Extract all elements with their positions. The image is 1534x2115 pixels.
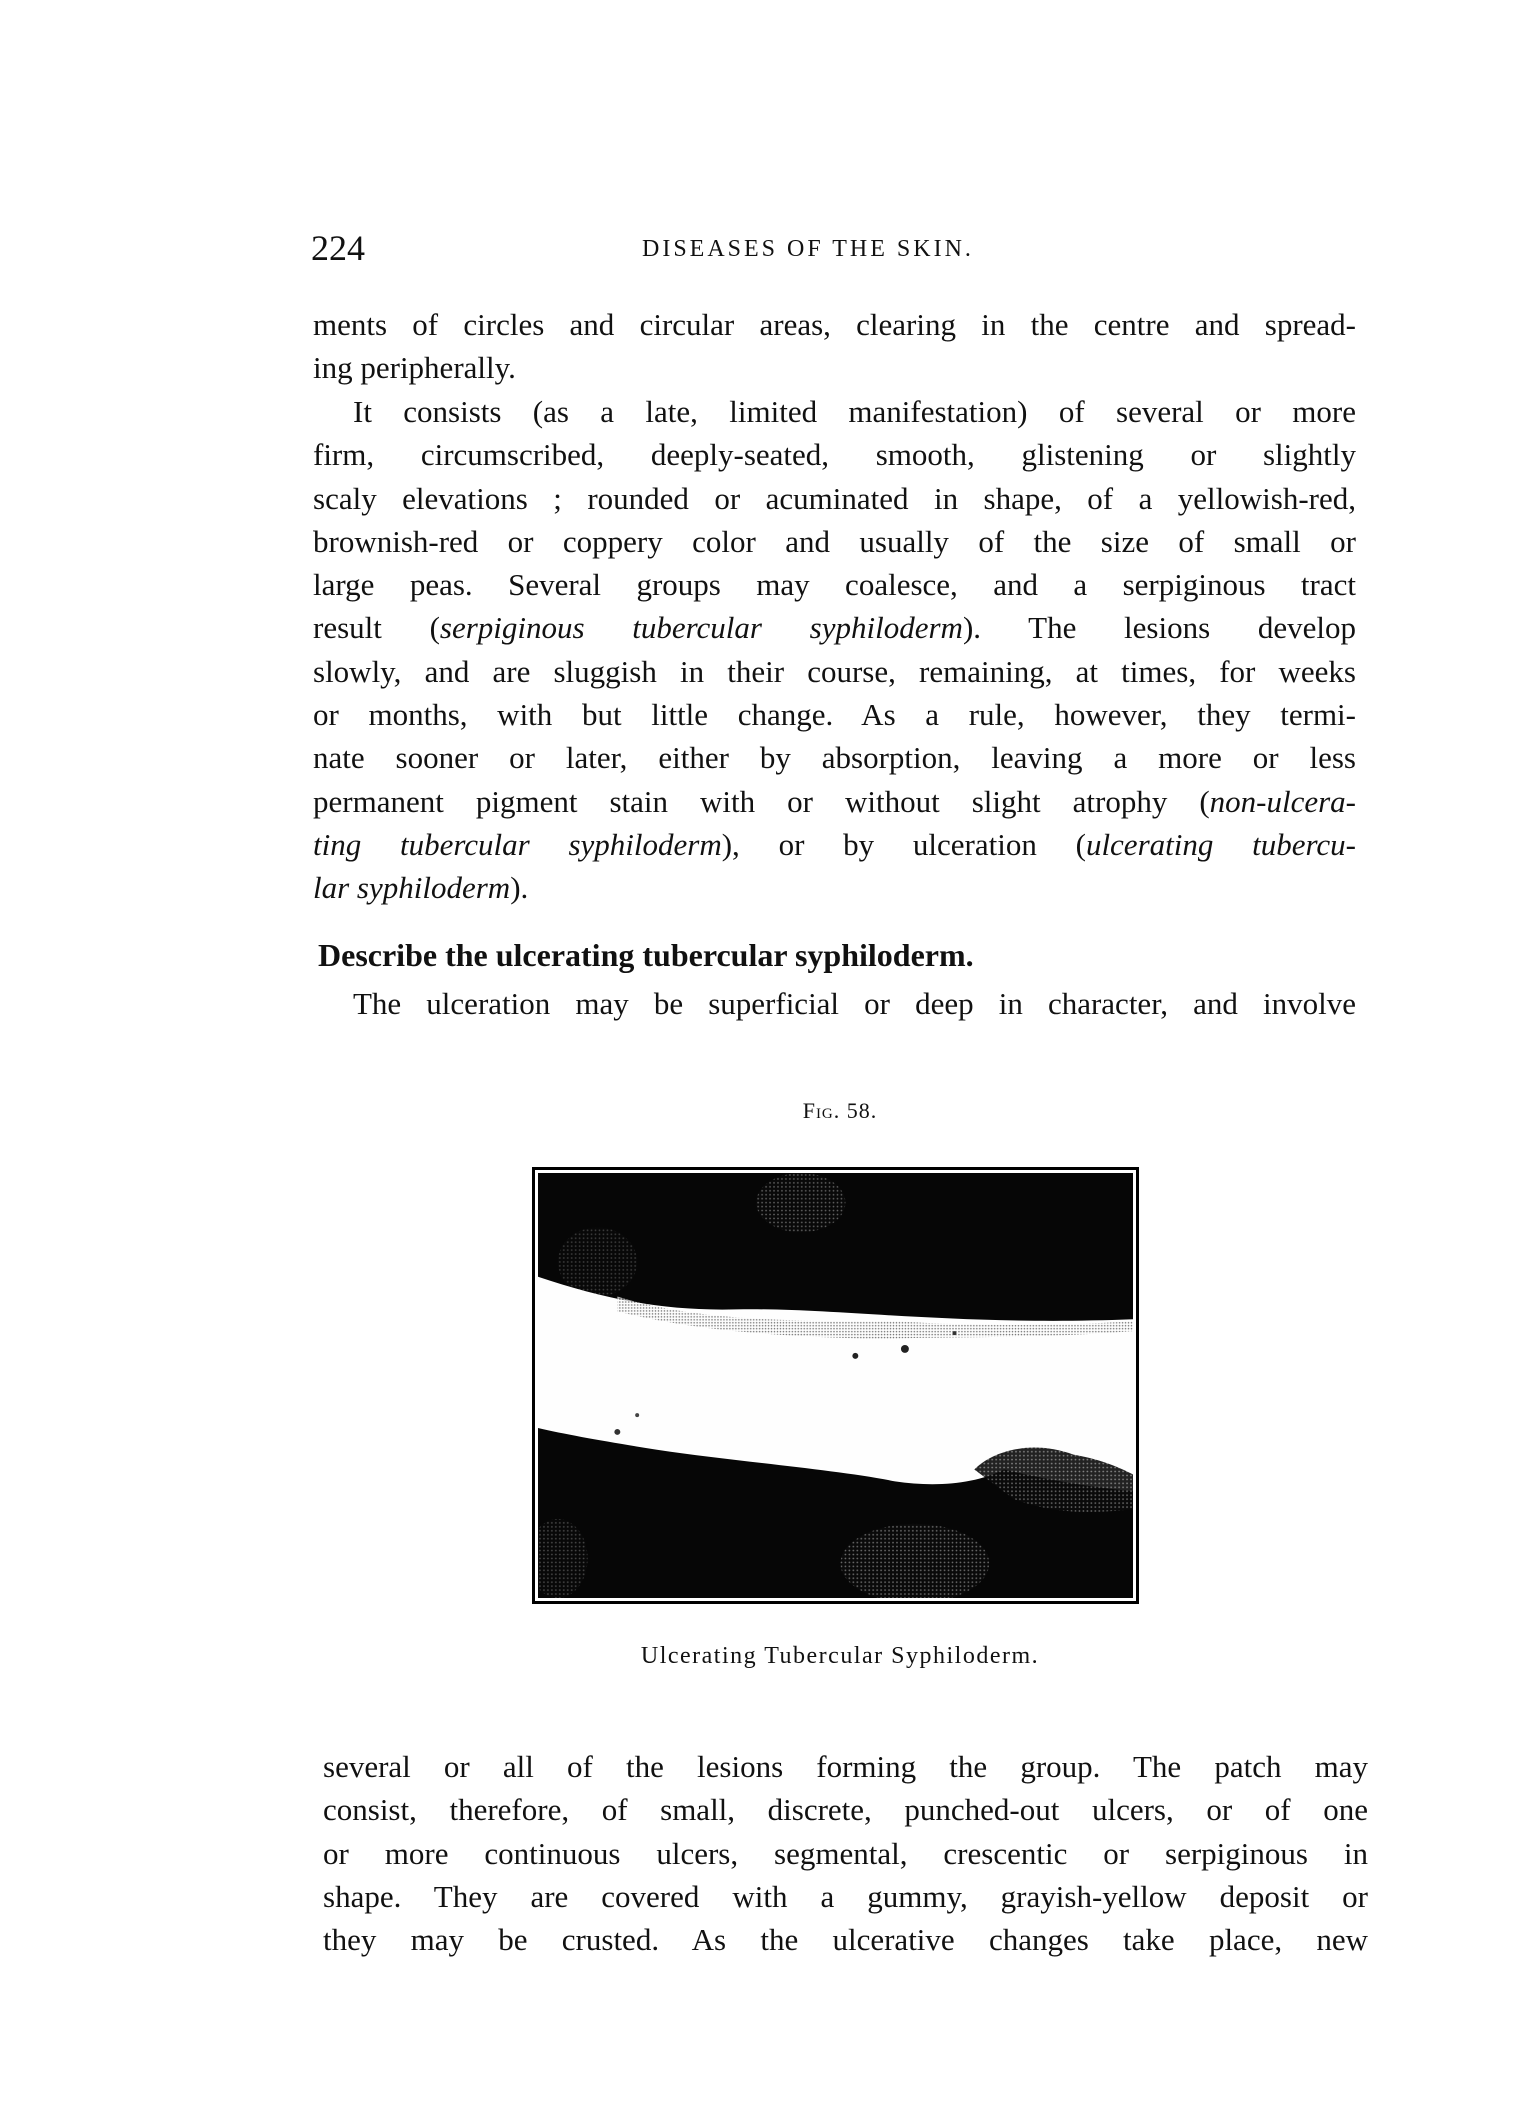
page-number: 224 [311,228,365,268]
text-line: shape. They are covered with a gummy, gr… [323,1875,1368,1918]
question-heading: Describe the ulcerating tubercular syphi… [318,935,1198,975]
running-title: DISEASES OF THE SKIN. [642,234,974,264]
text-line: result (serpiginous tubercular syphilode… [313,606,1356,649]
text-line: brownish-red or coppery color and usuall… [313,520,1356,563]
figure-label: Fig. 58. [700,1098,980,1124]
italic-term: ulcerating tubercu- [1086,827,1356,862]
figure-frame [532,1167,1139,1604]
figure-photo [538,1173,1133,1598]
text-line: ting tubercular syphiloderm), or by ulce… [313,823,1356,866]
text-line: nate sooner or later, either by absorpti… [313,736,1356,779]
text-line: lar syphiloderm). [313,866,1356,909]
text-line: It consists (as a late, limited manifest… [313,390,1356,433]
paragraph-tubercular-description: It consists (as a late, limited manifest… [313,390,1356,910]
text-line: ing peripherally. [313,346,1356,389]
text-line: ments of circles and circular areas, cle… [313,303,1356,346]
text-line: consist, therefore, of small, discrete, … [323,1788,1368,1831]
italic-term: ting tubercular syphiloderm [313,827,722,862]
text-line: The ulceration may be superficial or dee… [313,982,1356,1025]
text-line: scaly elevations ; rounded or acuminated… [313,477,1356,520]
text-line: or more continuous ulcers, segmental, cr… [323,1832,1368,1875]
paragraph-answer-intro: The ulceration may be superficial or dee… [313,982,1356,1025]
halftone-photo-illustration [538,1173,1133,1598]
text-line: several or all of the lesions forming th… [323,1745,1368,1788]
text-line: large peas. Several groups may coalesce,… [313,563,1356,606]
text-line: slowly, and are sluggish in their course… [313,650,1356,693]
text-line: they may be crusted. As the ulcerative c… [323,1918,1368,1961]
paragraph-after-figure: several or all of the lesions forming th… [323,1745,1368,1961]
italic-term: non-ulcera- [1210,784,1356,819]
italic-term: lar syphiloderm [313,870,510,905]
text-line: permanent pigment stain with or without … [313,780,1356,823]
italic-term: serpiginous tubercular syphiloderm [440,610,963,645]
text-line: firm, circumscribed, deeply-seated, smoo… [313,433,1356,476]
figure-caption: Ulcerating Tubercular Syphiloderm. [560,1641,1120,1671]
text-line: or months, with but little change. As a … [313,693,1356,736]
paragraph-continuation: ments of circles and circular areas, cle… [313,303,1356,390]
running-head: 224 DISEASES OF THE SKIN. [311,228,1356,268]
